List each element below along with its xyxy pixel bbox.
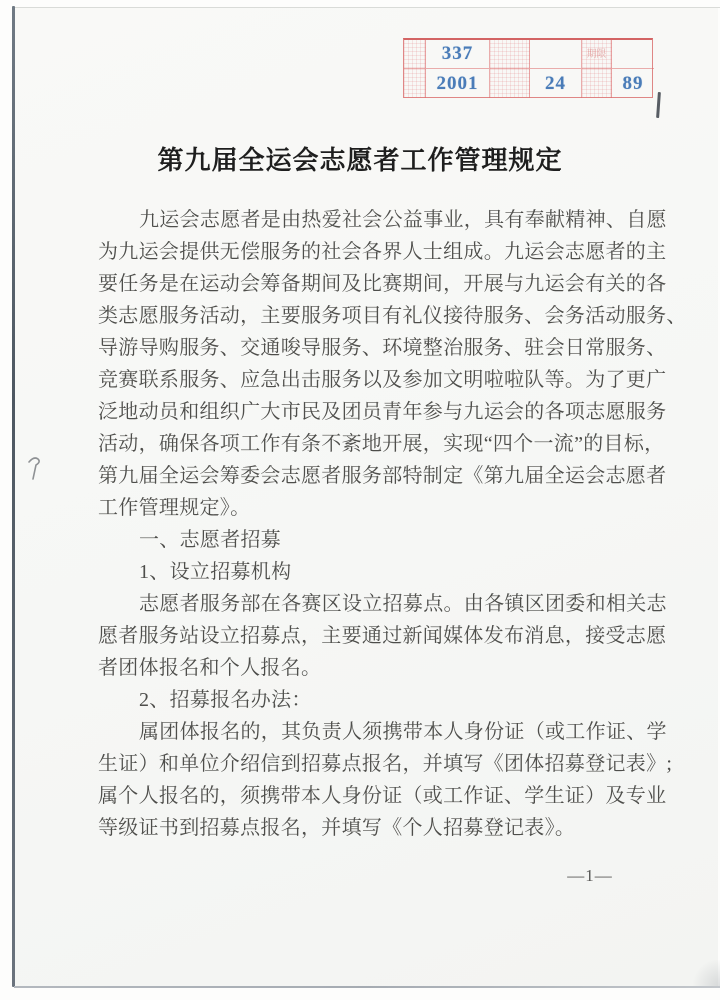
text-line: 一、志愿者招募 (98, 524, 628, 556)
text-line: 工作管理规定》。 (98, 492, 628, 524)
stamp-value-cell (612, 40, 654, 69)
text-line: 九运会志愿者是由热爱社会公益事业，具有奉献精神、自愿 (98, 204, 628, 236)
text-line: 愿者服务站设立招募点，主要通过新闻媒体发布消息，接受志愿 (98, 620, 628, 652)
stamp-number: 24 (545, 73, 566, 95)
stamp-value-cell: 2001 (426, 69, 490, 98)
scanned-document-page: { "archive_stamp": { "row1_value1": "337… (0, 0, 720, 1000)
text-line: 生证）和单位介绍信到招募点报名，并填写《团体招募登记表》; (98, 748, 628, 780)
stamp-faint-label: 期限 (587, 49, 607, 60)
text-line: 第九届全运会筹委会志愿者服务部特制定《第九届全运会志愿者 (98, 460, 628, 492)
text-line: 导游导购服务、交通唆导服务、环境整治服务、驻会日常服务、 (98, 332, 628, 364)
text-line: 志愿者服务部在各赛区设立招募点。由各镇区团委和相关志 (98, 588, 628, 620)
text-line: 1、设立招募机构 (98, 556, 628, 588)
document-body: 九运会志愿者是由热爱社会公益事业，具有奉献精神、自愿 为九运会提供无偿服务的社会… (98, 204, 628, 844)
stamp-label-cell (582, 69, 612, 98)
text-line: 2、招募报名办法： (98, 684, 628, 716)
text-line: 要任务是在运动会筹备期间及比赛期间，开展与九运会有关的各 (98, 268, 628, 300)
stamp-label-cell: 期限 (582, 40, 612, 69)
stamp-label-cell (490, 40, 530, 69)
stamp-value-cell: 24 (530, 69, 582, 98)
stamp-value-cell: 89 (612, 69, 654, 98)
document-title: 第九届全运会志愿者工作管理规定 (0, 140, 720, 177)
text-line: 者团体报名和个人报名。 (98, 652, 628, 684)
text-line: 等级证书到招募点报名，并填写《个人招募登记表》。 (98, 812, 628, 844)
stamp-number: 89 (623, 73, 644, 95)
text-line: 属个人报名的，须携带本人身份证（或工作证、学生证）及专业 (98, 780, 628, 812)
text-line: 活动，确保各项工作有条不紊地开展，实现“四个一流”的目标， (98, 428, 628, 460)
text-line: 属团体报名的，其负责人须携带本人身份证（或工作证、学 (98, 716, 628, 748)
stamp-label-cell (404, 69, 426, 98)
text-line: 竞赛联系服务、应急出击服务以及参加文明啦啦队等。为了更广 (98, 364, 628, 396)
stamp-value-cell: 337 (426, 40, 490, 69)
archive-stamp: 337 期限 2001 24 89 (403, 38, 653, 98)
pencil-margin-mark (26, 455, 44, 483)
stamp-label-cell (490, 69, 530, 98)
scan-corner-shadow (690, 960, 720, 986)
text-line: 泛地动员和组织广大市民及团员青年参与九运会的各项志愿服务 (98, 396, 628, 428)
stamp-value-cell (530, 40, 582, 69)
stamp-number: 337 (442, 43, 474, 65)
stamp-label-cell (404, 40, 426, 69)
scan-bottom-edge (14, 986, 720, 988)
page-number: —1— (540, 866, 640, 886)
scan-top-edge (15, 7, 720, 8)
text-line: 类志愿服务活动，主要服务项目有礼仪接待服务、会务活动服务、 (98, 300, 628, 332)
stamp-number: 2001 (437, 73, 479, 95)
text-line: 为九运会提供无偿服务的社会各界人士组成。九运会志愿者的主 (98, 236, 628, 268)
